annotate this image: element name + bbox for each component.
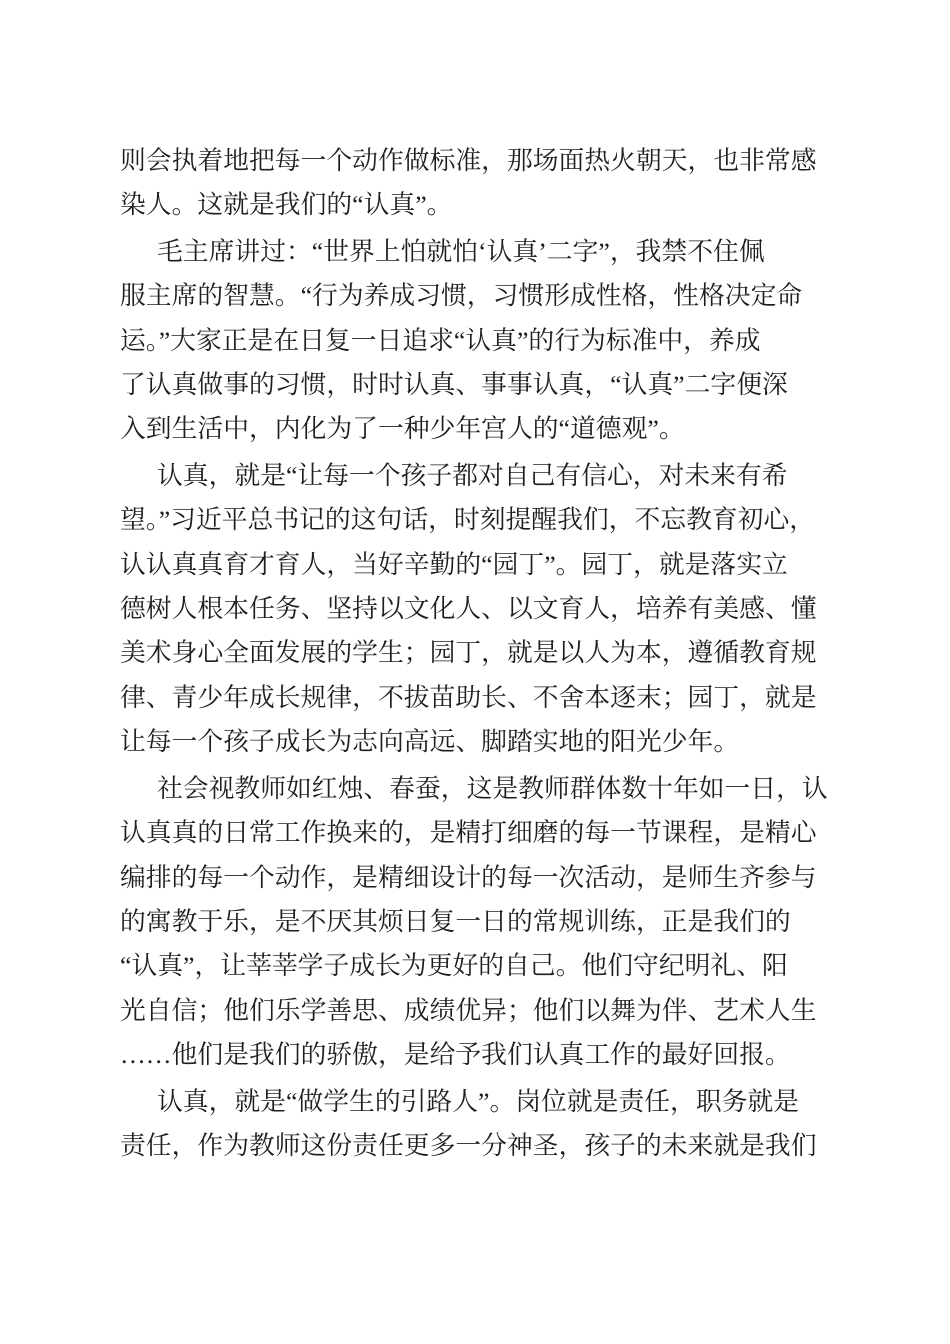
text-line: 律、青少年成长规律，不拔苗助长、不舍本逐末；园丁，就是 bbox=[120, 676, 818, 720]
text-line: 毛主席讲过：“世界上怕就怕‘认真’二字”，我禁不住佩 bbox=[120, 230, 818, 274]
text-line: 让每一个孩子成长为志向高远、脚踏实地的阳光少年。 bbox=[120, 720, 818, 764]
text-line: 认真，就是“让每一个孩子都对自己有信心，对未来有希 bbox=[120, 454, 818, 498]
text-line: 光自信；他们乐学善思、成绩优异；他们以舞为伴、艺术人生 bbox=[120, 989, 818, 1033]
text-line: 入到生活中，内化为了一种少年宫人的“道德观”。 bbox=[120, 407, 818, 451]
text-line: “认真”，让莘莘学子成长为更好的自己。他们守纪明礼、阳 bbox=[120, 944, 818, 988]
text-line: 望。”习近平总书记的这句话，时刻提醒我们，不忘教育初心， bbox=[120, 498, 818, 542]
text-line: 认真真的日常工作换来的，是精打细磨的每一节课程，是精心 bbox=[120, 811, 818, 855]
text-line: 染人。这就是我们的“认真”。 bbox=[120, 183, 818, 227]
text-line: 认认真真育才育人，当好辛勤的“园丁”。园丁，就是落实立 bbox=[120, 543, 818, 587]
text-line: 美术身心全面发展的学生；园丁，就是以人为本，遵循教育规 bbox=[120, 631, 818, 675]
text-line: 社会视教师如红烛、春蚕，这是教师群体数十年如一日，认 bbox=[120, 767, 818, 811]
document-page: 则会执着地把每一个动作做标准，那场面热火朝天，也非常感 染人。这就是我们的“认真… bbox=[0, 0, 950, 1344]
paragraph: 认真，就是“做学生的引路人”。岗位就是责任，职务就是 责任，作为教师这份责任更多… bbox=[120, 1080, 818, 1169]
text-line: 的寓教于乐，是不厌其烦日复一日的常规训练，正是我们的 bbox=[120, 900, 818, 944]
paragraph: 社会视教师如红烛、春蚕，这是教师群体数十年如一日，认 认真真的日常工作换来的，是… bbox=[120, 767, 818, 1078]
document-body: 则会执着地把每一个动作做标准，那场面热火朝天，也非常感 染人。这就是我们的“认真… bbox=[120, 139, 818, 1168]
text-line: 编排的每一个动作，是精细设计的每一次活动，是师生齐参与 bbox=[120, 856, 818, 900]
text-line: 了认真做事的习惯，时时认真、事事认真，“认真”二字便深 bbox=[120, 363, 818, 407]
text-line: 服主席的智慧。“行为养成习惯，习惯形成性格，性格决定命 bbox=[120, 274, 818, 318]
paragraph: 毛主席讲过：“世界上怕就怕‘认真’二字”，我禁不住佩 服主席的智慧。“行为养成习… bbox=[120, 230, 818, 452]
text-line: ……他们是我们的骄傲，是给予我们认真工作的最好回报。 bbox=[120, 1033, 818, 1077]
text-line: 德树人根本任务、坚持以文化人、以文育人，培养有美感、懂 bbox=[120, 587, 818, 631]
text-line: 责任，作为教师这份责任更多一分神圣，孩子的未来就是我们 bbox=[120, 1124, 818, 1168]
paragraph: 认真，就是“让每一个孩子都对自己有信心，对未来有希 望。”习近平总书记的这句话，… bbox=[120, 454, 818, 765]
paragraph: 则会执着地把每一个动作做标准，那场面热火朝天，也非常感 染人。这就是我们的“认真… bbox=[120, 139, 818, 228]
text-line: 认真，就是“做学生的引路人”。岗位就是责任，职务就是 bbox=[120, 1080, 818, 1124]
text-line: 则会执着地把每一个动作做标准，那场面热火朝天，也非常感 bbox=[120, 139, 818, 183]
text-line: 运。”大家正是在日复一日追求“认真”的行为标准中，养成 bbox=[120, 319, 818, 363]
